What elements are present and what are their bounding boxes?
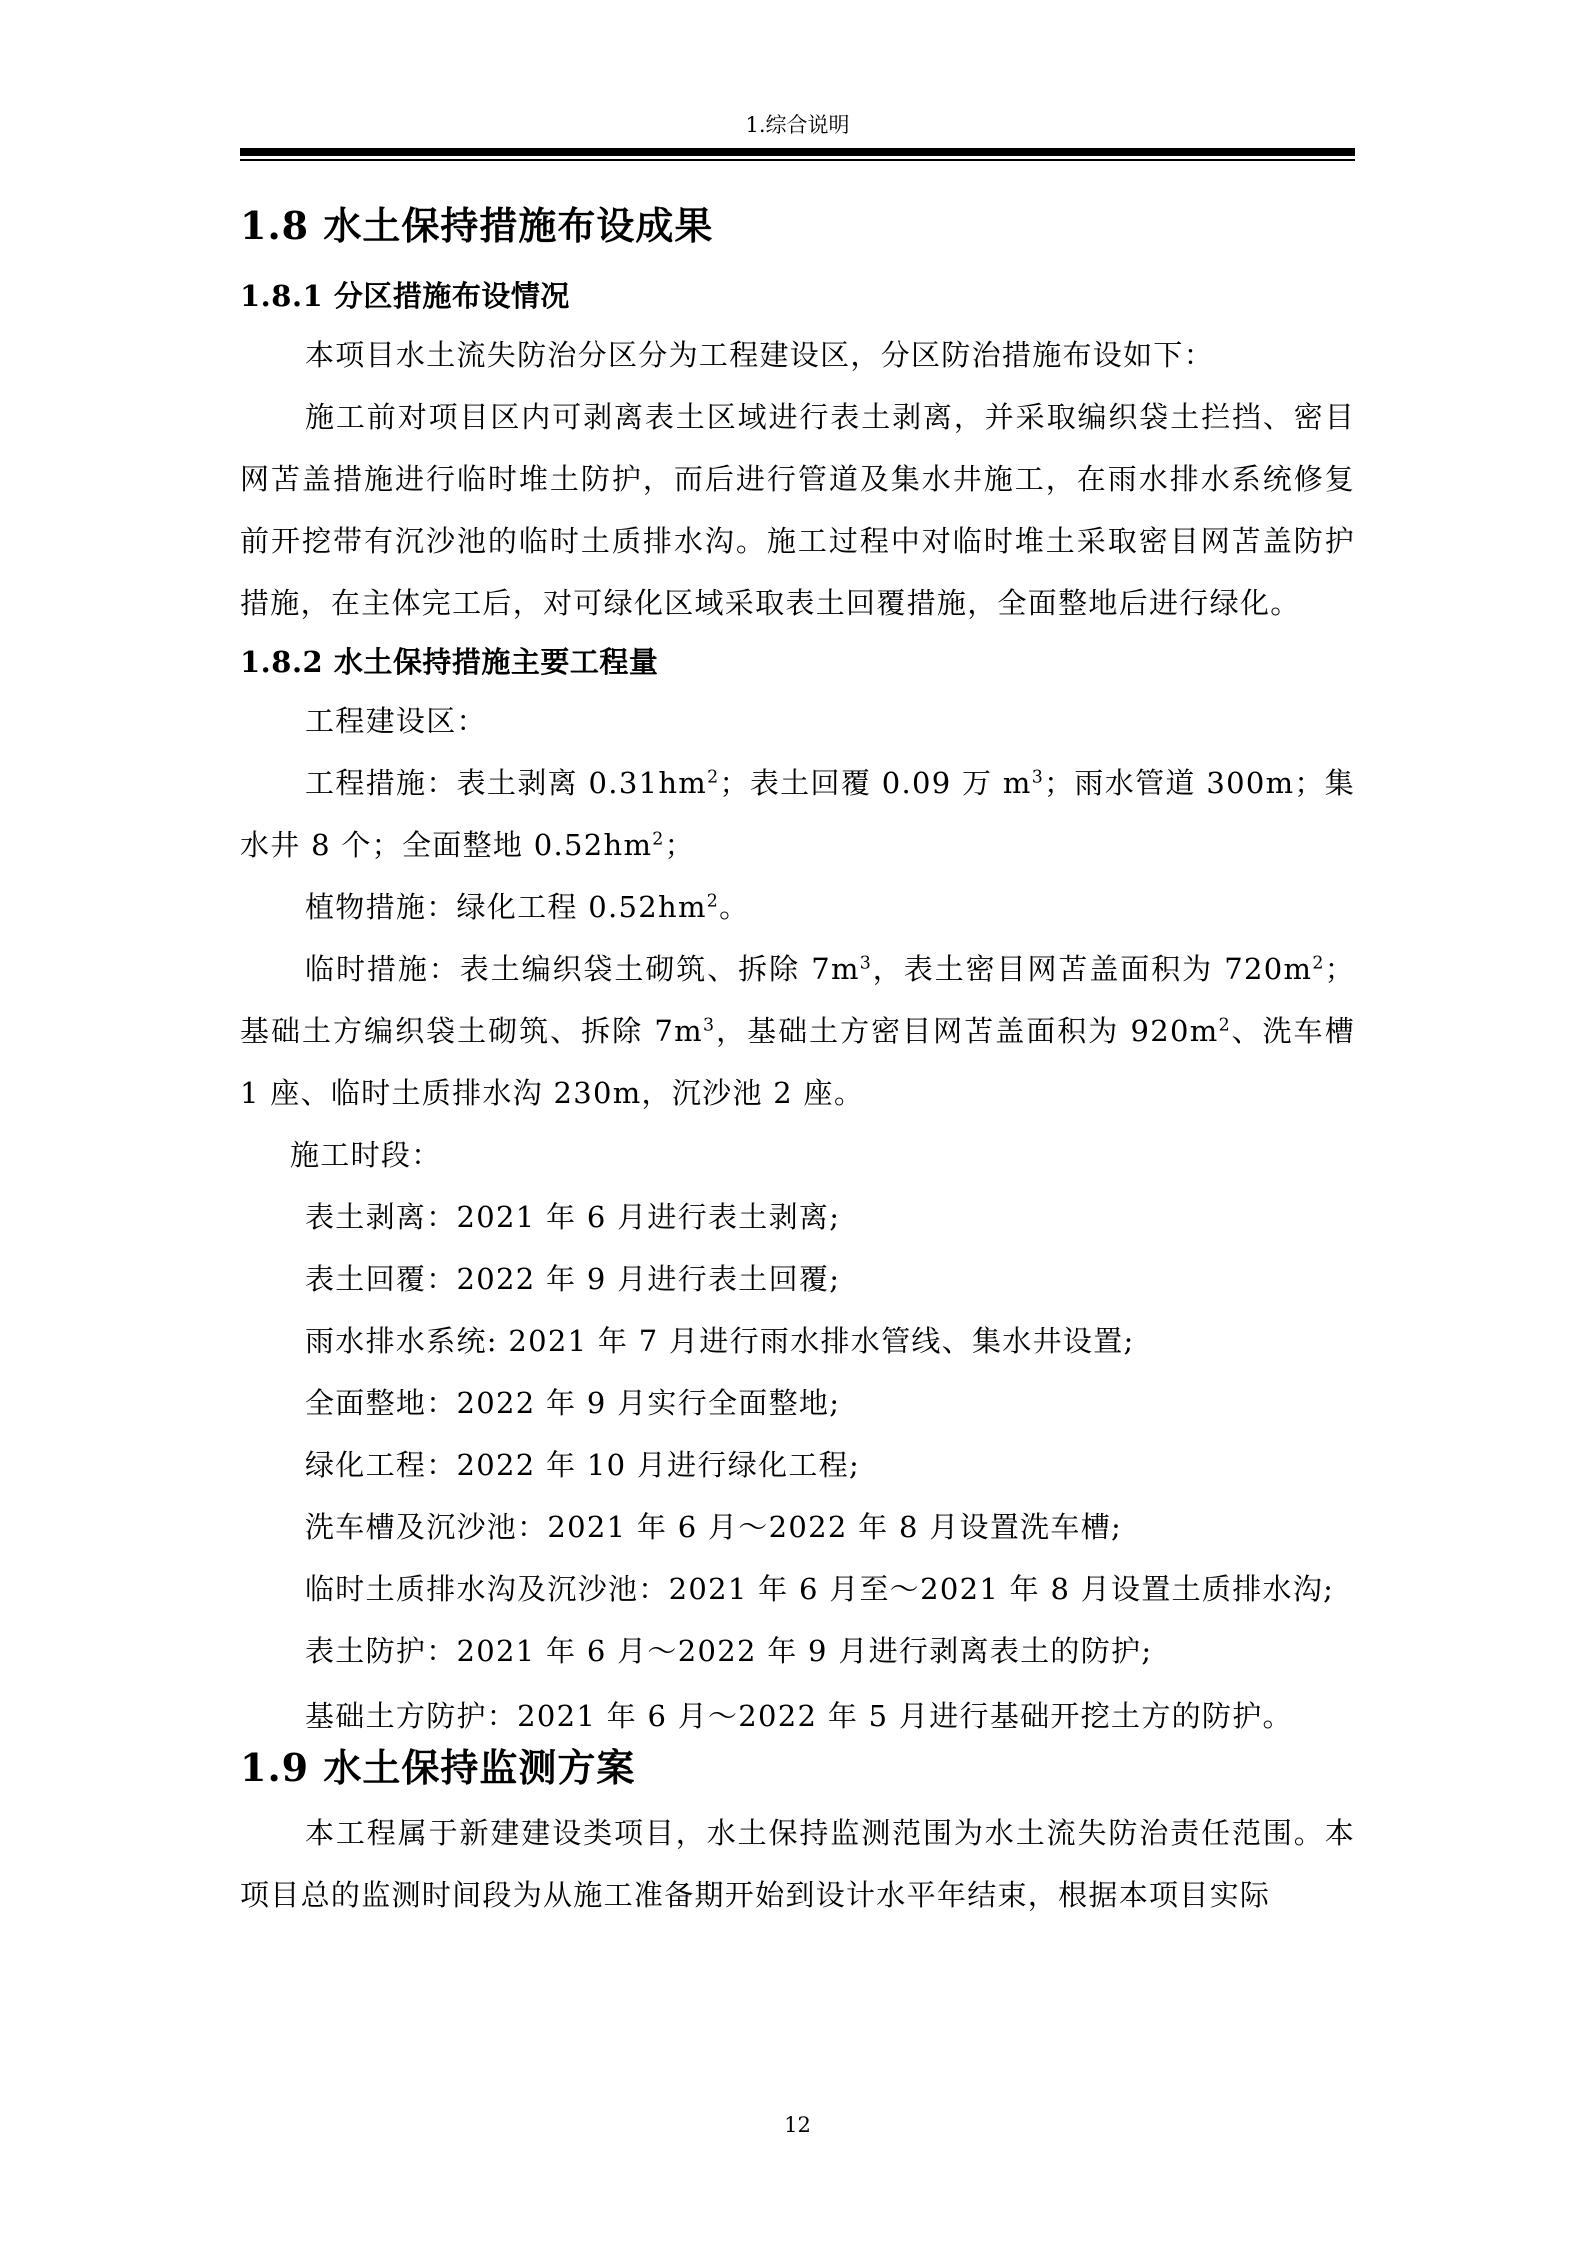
- running-header: 1.综合说明: [240, 112, 1355, 138]
- header-rule-thin: [240, 159, 1355, 161]
- temporary-text-2: ，表土密目网苫盖面积为 720m: [872, 952, 1312, 986]
- paragraph-temporary-measures: 临时措施：表土编织袋土砌筑、拆除 7m3，表土密目网苫盖面积为 720m2；基础…: [240, 938, 1355, 1124]
- superscript: 2: [1312, 953, 1324, 973]
- schedule-item: 洗车槽及沉沙池：2021 年 6 月～2022 年 8 月设置洗车槽;: [240, 1496, 1355, 1558]
- temporary-text-1: 临时措施：表土编织袋土砌筑、拆除 7m: [305, 952, 860, 986]
- superscript: 2: [707, 891, 719, 911]
- paragraph-engineering-measures: 工程措施：表土剥离 0.31hm2；表土回覆 0.09 万 m3；雨水管道 30…: [240, 752, 1355, 876]
- superscript: 3: [1032, 767, 1044, 787]
- superscript: 2: [652, 829, 664, 849]
- subsection-heading-1-8-1: 1.8.1 分区措施布设情况: [240, 276, 1355, 316]
- subsection-heading-1-8-2: 1.8.2 水土保持措施主要工程量: [240, 642, 1355, 682]
- superscript: 3: [860, 953, 872, 973]
- schedule-item: 绿化工程：2022 年 10 月进行绿化工程;: [240, 1434, 1355, 1496]
- temporary-text-4: ，基础土方密目网苫盖面积为 920m: [715, 1014, 1218, 1048]
- schedule-item: 雨水排水系统: 2021 年 7 月进行雨水排水管线、集水井设置;: [240, 1310, 1355, 1372]
- section-heading-1-9: 1.9 水土保持监测方案: [240, 1744, 1355, 1792]
- header-rule-thick: [240, 148, 1355, 156]
- schedule-item: 表土回覆：2022 年 9 月进行表土回覆;: [240, 1248, 1355, 1310]
- section-heading-1-8: 1.8 水土保持措施布设成果: [240, 202, 1355, 250]
- zone-label: 工程建设区：: [240, 690, 1355, 752]
- schedule-item: 全面整地：2022 年 9 月实行全面整地;: [240, 1372, 1355, 1434]
- paragraph-zone-intro: 本项目水土流失防治分区分为工程建设区，分区防治措施布设如下：: [240, 324, 1355, 386]
- schedule-label: 施工时段：: [240, 1124, 1355, 1186]
- paragraph-vegetation-measures: 植物措施：绿化工程 0.52hm2。: [240, 876, 1355, 938]
- schedule-item: 临时土质排水沟及沉沙池：2021 年 6 月至～2021 年 8 月设置土质排水…: [240, 1558, 1355, 1620]
- paragraph-monitoring-plan: 本工程属于新建建设类项目，水土保持监测范围为水土流失防治责任范围。本项目总的监测…: [240, 1802, 1355, 1926]
- superscript: 2: [1219, 1015, 1231, 1035]
- schedule-item: 表土防护：2021 年 6 月～2022 年 9 月进行剥离表土的防护;: [240, 1620, 1355, 1682]
- engineering-text-end: ；: [665, 828, 695, 862]
- schedule-item: 基础土方防护：2021 年 6 月～2022 年 5 月进行基础开挖土方的防护。: [240, 1688, 1355, 1744]
- superscript: 2: [707, 767, 719, 787]
- vegetation-text-end: 。: [719, 890, 749, 924]
- page-content: 1.8 水土保持措施布设成果 1.8.1 分区措施布设情况 本项目水土流失防治分…: [240, 190, 1355, 1926]
- vegetation-text: 植物措施：绿化工程 0.52hm: [305, 890, 707, 924]
- page-number: 12: [240, 2113, 1355, 2137]
- superscript: 3: [703, 1015, 715, 1035]
- engineering-text-1: 工程措施：表土剥离 0.31hm: [305, 766, 707, 800]
- schedule-item: 表土剥离：2021 年 6 月进行表土剥离;: [240, 1186, 1355, 1248]
- document-page: 1.综合说明 1.8 水土保持措施布设成果 1.8.1 分区措施布设情况 本项目…: [0, 0, 1587, 2245]
- paragraph-measures-layout: 施工前对项目区内可剥离表土区域进行表土剥离，并采取编织袋土拦挡、密目网苫盖措施进…: [240, 386, 1355, 634]
- engineering-text-2: ；表土回覆 0.09 万 m: [719, 766, 1031, 800]
